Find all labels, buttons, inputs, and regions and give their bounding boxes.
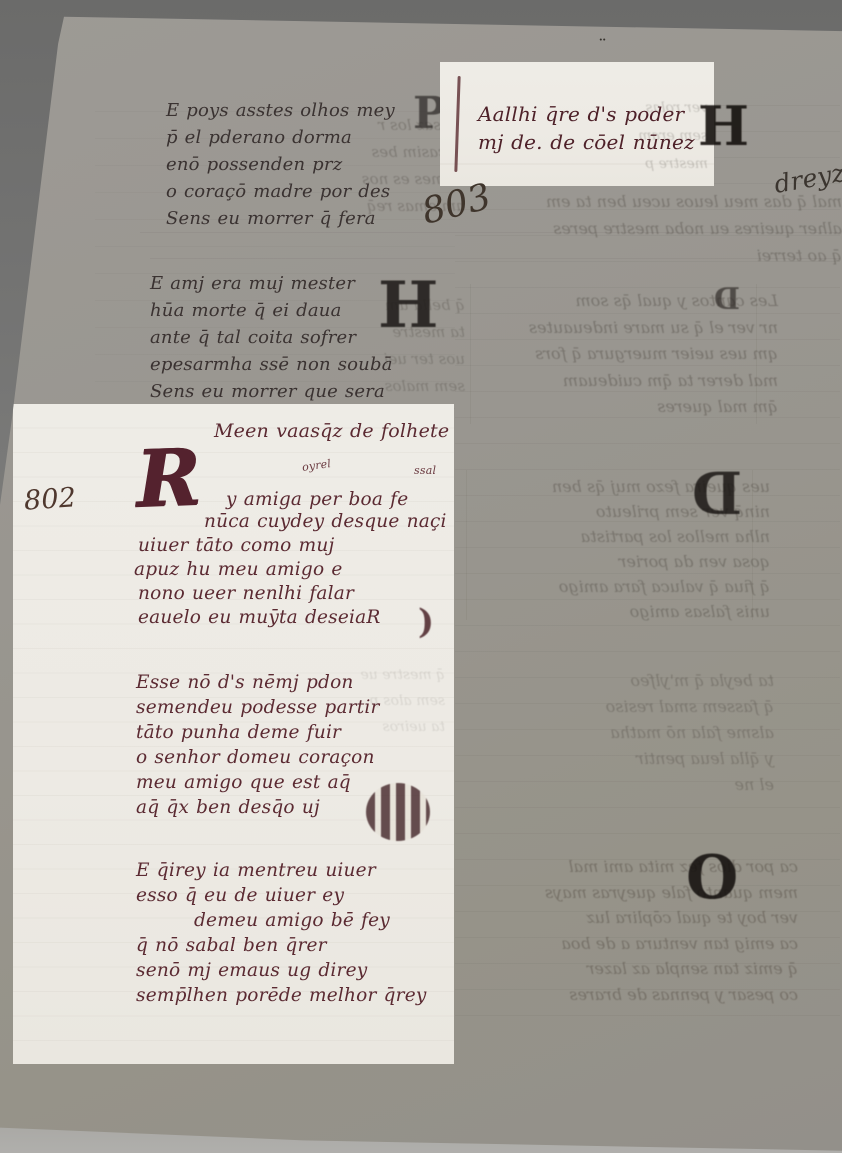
verse-line: demeu amigo bē fey bbox=[194, 908, 427, 933]
show-through-line: q̄ ao terrei bbox=[470, 242, 842, 269]
show-through-line: qosa ven da porier bbox=[478, 549, 770, 574]
paren-mark-icon: ) bbox=[418, 602, 434, 642]
column-rule bbox=[466, 470, 467, 620]
manuscript-photo: o’’ ¨ mal q̄ das meu leuos uceu ben ta e… bbox=[0, 0, 842, 1153]
show-through-block: mal q̄ das meu leuos uceu ben ta em alhe… bbox=[470, 188, 842, 269]
verse-line: Aallhi q̄re d's poder bbox=[478, 100, 695, 128]
verse-line: E poys asstes olhos mey bbox=[166, 97, 395, 124]
ghost-initial-d-small-icon: D bbox=[714, 282, 740, 317]
ghost-initial-striped-o-icon bbox=[366, 783, 430, 841]
show-through-line: y q̄lla leua pentir bbox=[484, 746, 774, 772]
verse-line: o senhor domeu coraçon bbox=[136, 745, 380, 770]
show-through-line: q̄m mal queres bbox=[488, 394, 778, 421]
verse-line: tāto punha deme fuir bbox=[136, 720, 380, 745]
show-through-line: ca por dios fez mita ami mal bbox=[468, 854, 798, 880]
verse-line: p̄ el pderano dorma bbox=[166, 124, 395, 151]
verse-line: E amj era muj mester bbox=[150, 270, 393, 297]
verse-line: eauelo eu muȳta deseiaR bbox=[138, 607, 380, 628]
verse-line: esso q̄ eu de uiuer ey bbox=[136, 883, 427, 908]
verse-line: o coraçō madre por des bbox=[166, 178, 395, 205]
show-through-line: ca emig tan ventura a de boa bbox=[468, 931, 798, 957]
verse-line: q̄ nō sabal ben q̄rer bbox=[136, 933, 427, 958]
show-through-line: alsme fala nō matha bbox=[484, 720, 774, 746]
show-through-line: qm ues ueier muergura q̄ fors bbox=[488, 341, 778, 368]
highlight-stanza-3: E q̄irey ia mentreu uiuer esso q̄ eu de … bbox=[136, 858, 427, 1008]
diaeresis-mark: ¨ bbox=[598, 36, 609, 57]
show-through-line: q̄ emiz tan senpla az lazer bbox=[468, 956, 798, 982]
show-through-line: mem quanto fale queyras mays bbox=[468, 880, 798, 906]
show-through-line: co pesar y pennas de brares bbox=[468, 982, 798, 1008]
show-through-line: alher queires eu noba mestre peres bbox=[470, 215, 842, 242]
dim-stanza-1: E poys asstes olhos mey p̄ el pderano do… bbox=[166, 97, 395, 232]
verse-line: Esse nō d's nēmj pdon bbox=[136, 670, 380, 695]
show-through-line: q̄ fiua q̄ valuca fara amigo bbox=[478, 574, 770, 599]
verse-line: Sens eu morrer que sera bbox=[150, 378, 393, 405]
ghost-initial-d-big-icon: D bbox=[692, 460, 742, 528]
verse-line: uiuer tāto como muj bbox=[138, 535, 334, 556]
ghost-initial-o-icon: O bbox=[686, 843, 738, 913]
column-rule bbox=[470, 284, 471, 424]
ghost-initial-h2-icon: H bbox=[698, 94, 749, 158]
verse-line: senō mj emaus ug direy bbox=[136, 958, 427, 983]
verse-line: ante q̄ tal coita sofrer bbox=[150, 324, 393, 351]
highlight-right-verse: Aallhi q̄re d's poder mj de. de cōel nūn… bbox=[478, 100, 695, 156]
parchment-page: o’’ ¨ mal q̄ das meu leuos uceu ben ta e… bbox=[0, 0, 842, 1153]
folio-number-802: 802 bbox=[23, 482, 77, 517]
verse-line: apuz hu meu amigo e bbox=[134, 559, 343, 580]
verse-line: nūca cuydey desque naçi bbox=[204, 511, 447, 532]
show-through-line: mal derer ta q̄m cuideuam bbox=[488, 368, 778, 395]
show-through-block: ta beyla q̄ m'ylfeo q̄ fassem smal resis… bbox=[484, 668, 774, 798]
verse-line: nono ueer nenlhi falar bbox=[138, 583, 354, 604]
verse-line: E q̄irey ia mentreu uiuer bbox=[136, 858, 427, 883]
ghost-initial-h-icon: H bbox=[378, 268, 438, 343]
verse-line: enō possenden prz bbox=[166, 151, 395, 178]
verse-line: y amiga per boa fe bbox=[226, 489, 408, 510]
show-through-line: el ne bbox=[484, 772, 774, 798]
verse-line: hūa morte q̄ ei daua bbox=[150, 297, 393, 324]
verse-line: aq̄ q̄x ben desq̄o uj bbox=[136, 795, 380, 820]
rubric-attribution: Meen vaasq̄z de folhete bbox=[214, 420, 449, 442]
verse-line: semendeu podesse partir bbox=[136, 695, 380, 720]
show-through-line: ta beyla q̄ m'ylfeo bbox=[484, 668, 774, 694]
show-through-line: q̄ fassem smal resiso bbox=[484, 694, 774, 720]
corner-mark: o’’ bbox=[29, 6, 45, 21]
show-through-line: ver boy te qual cōplira luz bbox=[468, 905, 798, 931]
decorated-initial-r: R bbox=[135, 443, 202, 515]
show-through-line: nr ver el q̄ su mare indeuautes bbox=[488, 315, 778, 342]
dim-stanza-2: E amj era muj mester hūa morte q̄ ei dau… bbox=[150, 270, 393, 405]
verse-line: meu amigo que est aq̄ bbox=[136, 770, 380, 795]
verse-line: mj de. de cōel nūnez bbox=[478, 128, 695, 156]
highlight-stanza-2: Esse nō d's nēmj pdon semendeu podesse p… bbox=[136, 670, 380, 820]
verse-line: Sens eu morrer q̄ fera bbox=[166, 205, 395, 232]
show-through-line: unis falsas amigo bbox=[478, 599, 770, 624]
show-through-block: ca por dios fez mita ami mal mem quanto … bbox=[468, 854, 798, 1007]
interlinear-gloss-b: ssal bbox=[414, 464, 436, 477]
verse-line: semp̄lhen porēde melhor q̄rey bbox=[136, 983, 427, 1008]
verse-line: epesarmha ssē non soubā bbox=[150, 351, 393, 378]
